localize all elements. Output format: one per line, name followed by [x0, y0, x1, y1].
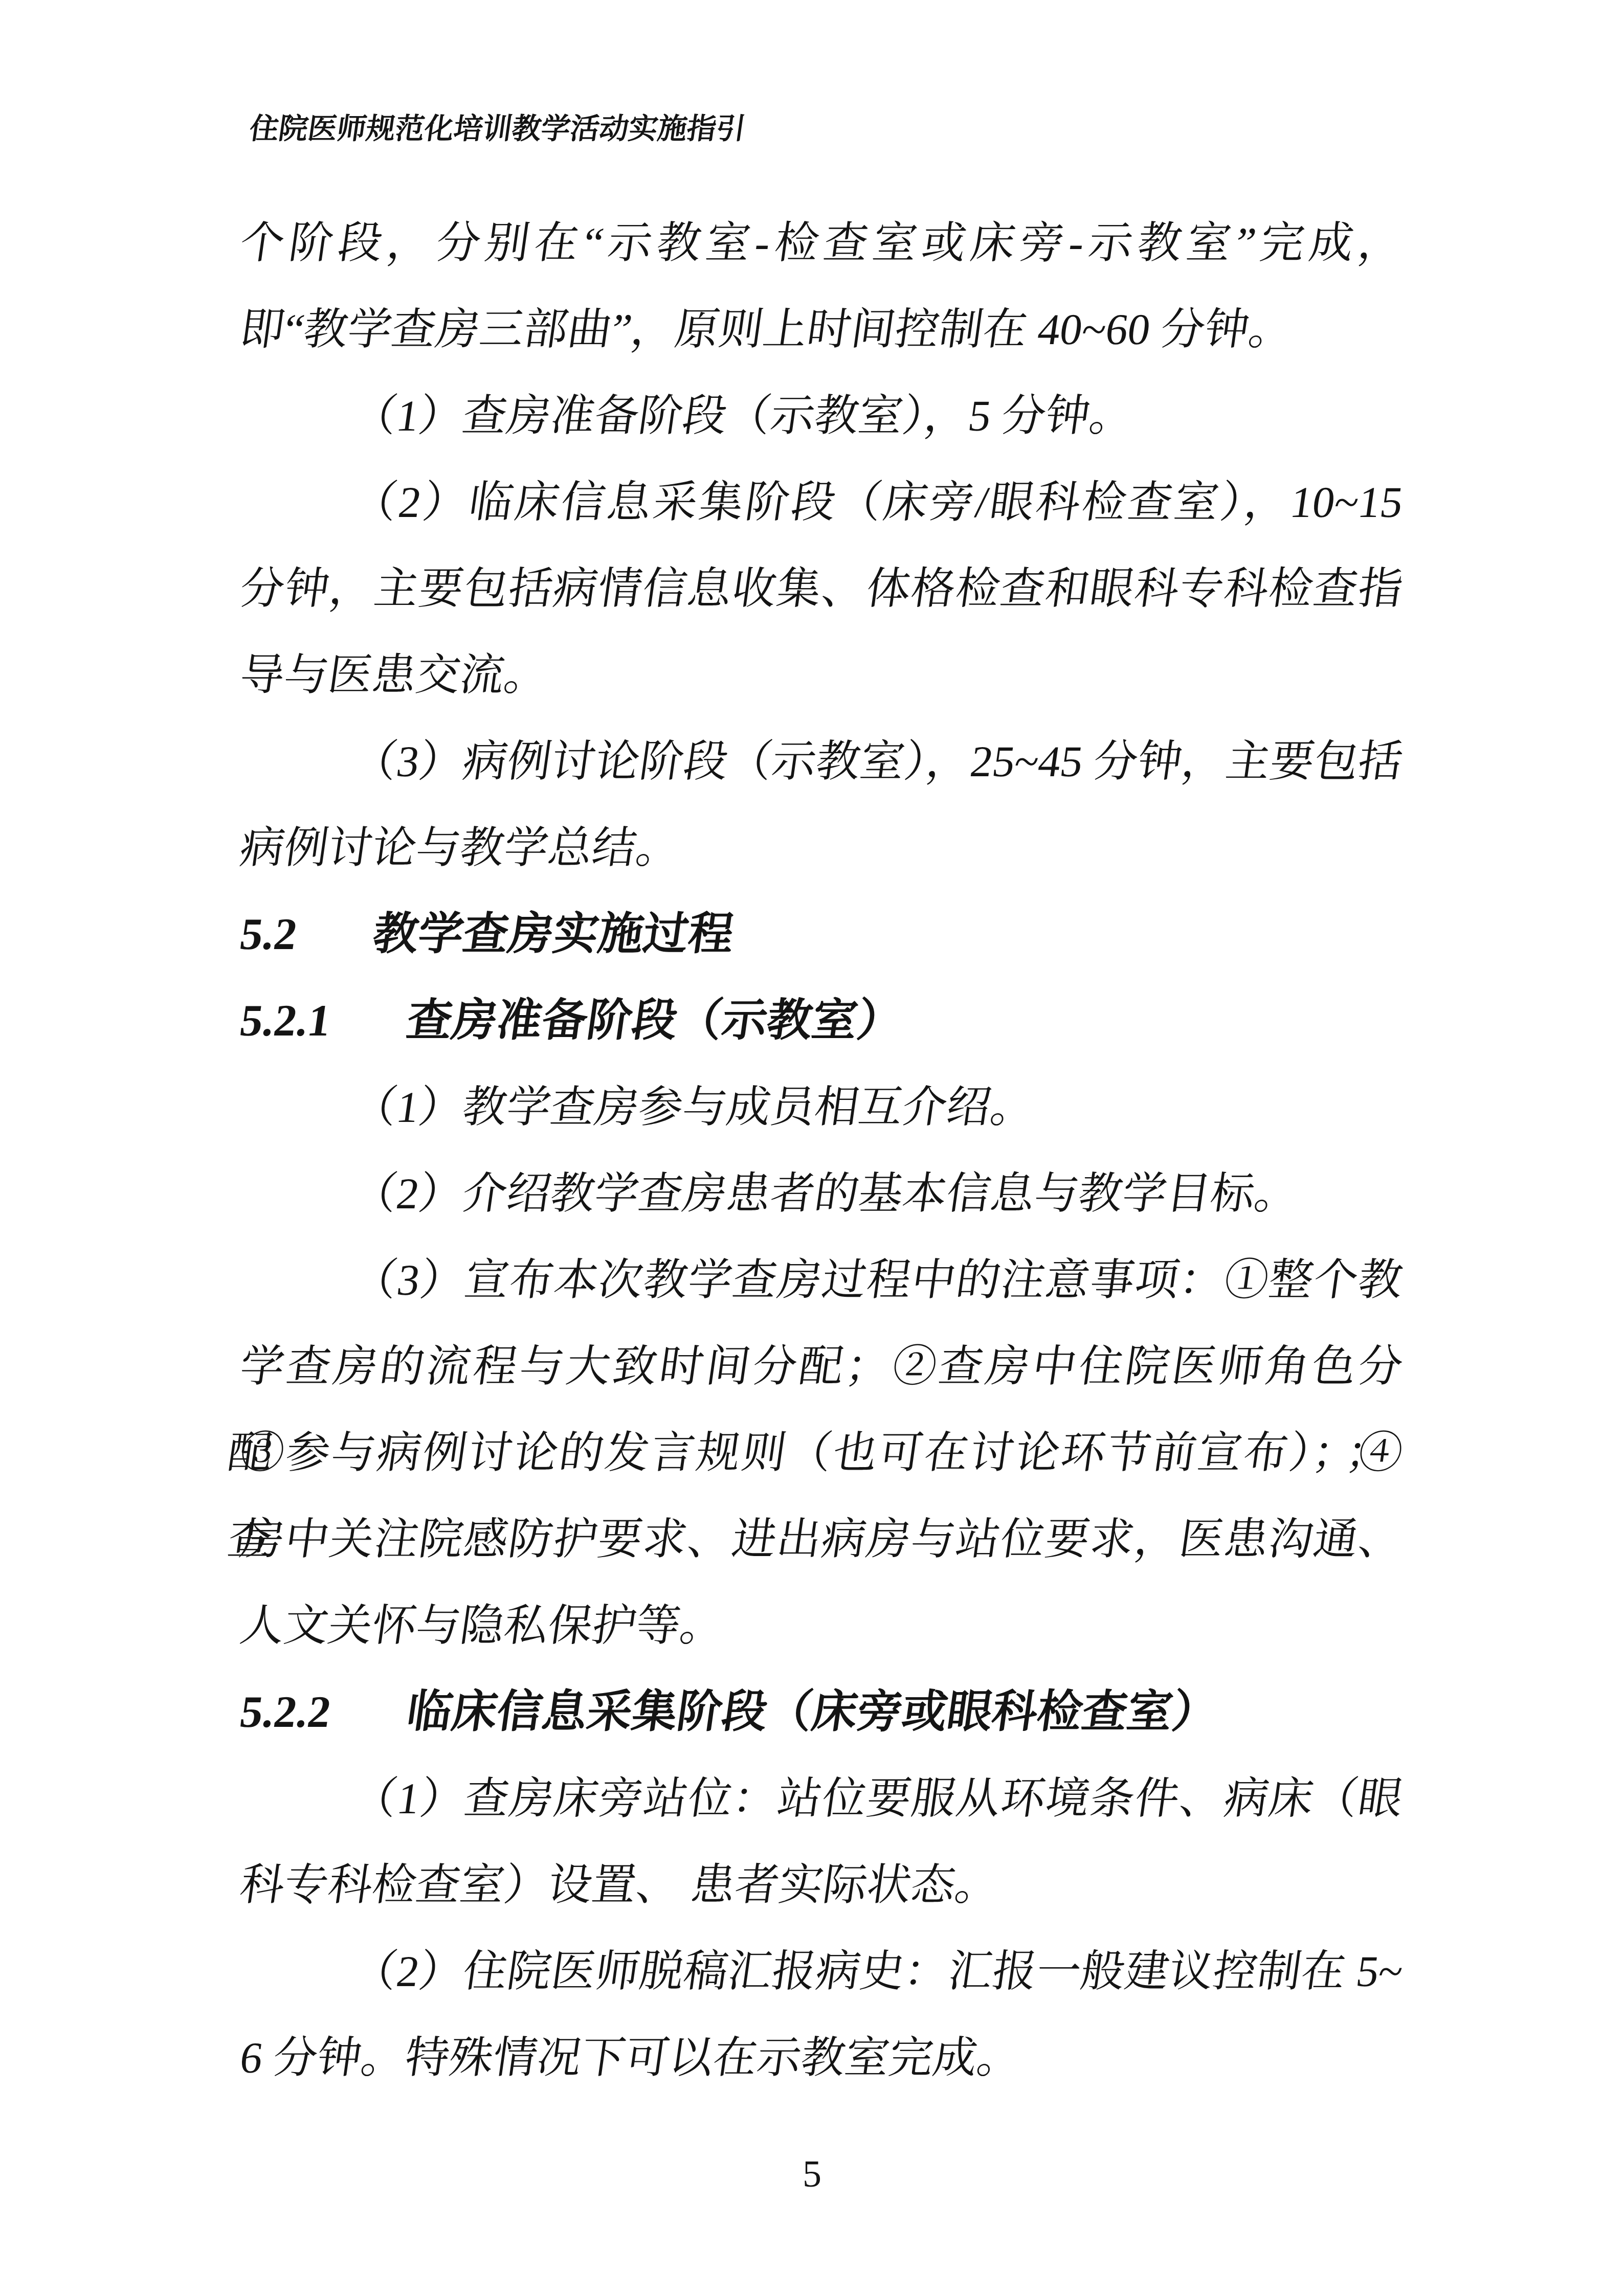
text-line: （2）临床信息采集阶段（床旁/眼科检查室），10~15	[234, 459, 1409, 546]
section-heading-number: 5.2.1	[234, 978, 337, 1064]
section-heading-number: 5.2.2	[234, 1669, 337, 1755]
document-header: 住院医师规范化培训教学活动实施指引	[248, 114, 748, 146]
text-line: （3）病例讨论阶段（示教室），25~45 分钟，主要包括	[234, 718, 1409, 805]
text-line: ③参与病例讨论的发言规则（也可在讨论环节前宣布）；④查	[234, 1410, 1409, 1496]
text-line: 导与医患交流。	[234, 632, 1409, 718]
text-line: （1）教学查房参与成员相互介绍。	[234, 1064, 1409, 1151]
section-heading-title: 教学查房实施过程	[370, 910, 737, 959]
section-heading: 5.2.1查房准备阶段（示教室）	[234, 978, 1409, 1064]
text-line: 人文关怀与隐私保护等。	[234, 1583, 1409, 1669]
page-number: 5	[0, 2155, 1624, 2193]
text-line: 房中关注院感防护要求、进出病房与站位要求，医患沟通、	[234, 1496, 1409, 1583]
text-line: 分钟，主要包括病情信息收集、体格检查和眼科专科检查指	[234, 546, 1409, 632]
text-line: （1）查房准备阶段（示教室），5 分钟。	[234, 373, 1409, 459]
text-line: （2）住院医师脱稿汇报病史：汇报一般建议控制在 5~	[234, 1928, 1409, 2015]
document-page: 住院医师规范化培训教学活动实施指引 个阶段，分别在“示教室-检查室或床旁-示教室…	[0, 0, 1624, 2296]
document-body: 个阶段，分别在“示教室-检查室或床旁-示教室”完成，即“教学查房三部曲”，原则上…	[240, 200, 1403, 2101]
text-line: 学查房的流程与大致时间分配；②查房中住院医师角色分配；	[234, 1323, 1409, 1410]
section-heading-number: 5.2	[234, 891, 303, 978]
section-heading: 5.2教学查房实施过程	[234, 891, 1409, 978]
text-line: 个阶段，分别在“示教室-检查室或床旁-示教室”完成，	[234, 200, 1409, 286]
text-line: （2）介绍教学查房患者的基本信息与教学目标。	[234, 1151, 1409, 1237]
text-line: （1）查房床旁站位：站位要服从环境条件、病床（眼	[234, 1755, 1409, 1842]
text-line: 即“教学查房三部曲”，原则上时间控制在 40~60 分钟。	[234, 286, 1409, 373]
text-line: 6 分钟。特殊情况下可以在示教室完成。	[234, 2015, 1409, 2101]
text-line: 病例讨论与教学总结。	[234, 805, 1409, 891]
section-heading: 5.2.2临床信息采集阶段（床旁或眼科检查室）	[234, 1669, 1409, 1755]
text-line: 科专科检查室）设置、 患者实际状态。	[234, 1842, 1409, 1928]
section-heading-title: 临床信息采集阶段（床旁或眼科检查室）	[404, 1687, 1221, 1737]
text-line: （3）宣布本次教学查房过程中的注意事项：①整个教	[234, 1237, 1409, 1323]
section-heading-title: 查房准备阶段（示教室）	[404, 996, 906, 1046]
